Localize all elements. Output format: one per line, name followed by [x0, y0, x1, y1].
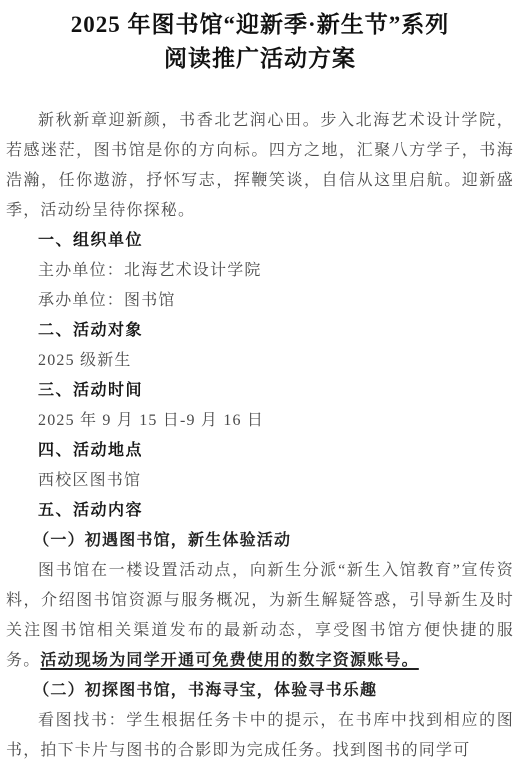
document-body: 新秋新章迎新颜，书香北艺润心田。步入北海艺术设计学院，若感迷茫，图书馆是你的方向…: [6, 106, 514, 766]
document-page: 2025 年图书馆“迎新季·新生节”系列 阅读推广活动方案 新秋新章迎新颜，书香…: [0, 0, 522, 775]
section-heading-1: 一、组织单位: [6, 226, 514, 256]
section-1-line-2: 承办单位：图书馆: [6, 286, 514, 316]
subsection-2-paragraph: 看图找书：学生根据任务卡中的提示，在书库中找到相应的图书，拍下卡片与图书的合影即…: [6, 706, 514, 766]
section-2-line-1: 2025 级新生: [6, 346, 514, 376]
section-heading-4: 四、活动地点: [6, 436, 514, 466]
section-4-line-1: 西校区图书馆: [6, 466, 514, 496]
section-1-line-1: 主办单位：北海艺术设计学院: [6, 256, 514, 286]
section-heading-5: 五、活动内容: [6, 496, 514, 526]
section-heading-2: 二、活动对象: [6, 316, 514, 346]
subsection-1-emphasis-underlined: 活动现场为同学开通可免费使用的数字资源账号。: [40, 652, 418, 669]
subsection-heading-2: （二）初探图书馆，书海寻宝，体验寻书乐趣: [6, 676, 514, 706]
section-heading-3: 三、活动时间: [6, 376, 514, 406]
intro-paragraph: 新秋新章迎新颜，书香北艺润心田。步入北海艺术设计学院，若感迷茫，图书馆是你的方向…: [6, 106, 514, 226]
document-title-line1: 2025 年图书馆“迎新季·新生节”系列: [6, 8, 514, 42]
document-title-line2: 阅读推广活动方案: [6, 42, 514, 76]
document-title: 2025 年图书馆“迎新季·新生节”系列 阅读推广活动方案: [6, 8, 514, 76]
subsection-1-paragraph: 图书馆在一楼设置活动点，向新生分派“新生入馆教育”宣传资料，介绍图书馆资源与服务…: [6, 556, 514, 676]
subsection-heading-1: （一）初遇图书馆，新生体验活动: [6, 526, 514, 556]
section-3-line-1: 2025 年 9 月 15 日-9 月 16 日: [6, 406, 514, 436]
subsection-2-text: 看图找书：学生根据任务卡中的提示，在书库中找到相应的图书，拍下卡片与图书的合影即…: [6, 712, 514, 759]
